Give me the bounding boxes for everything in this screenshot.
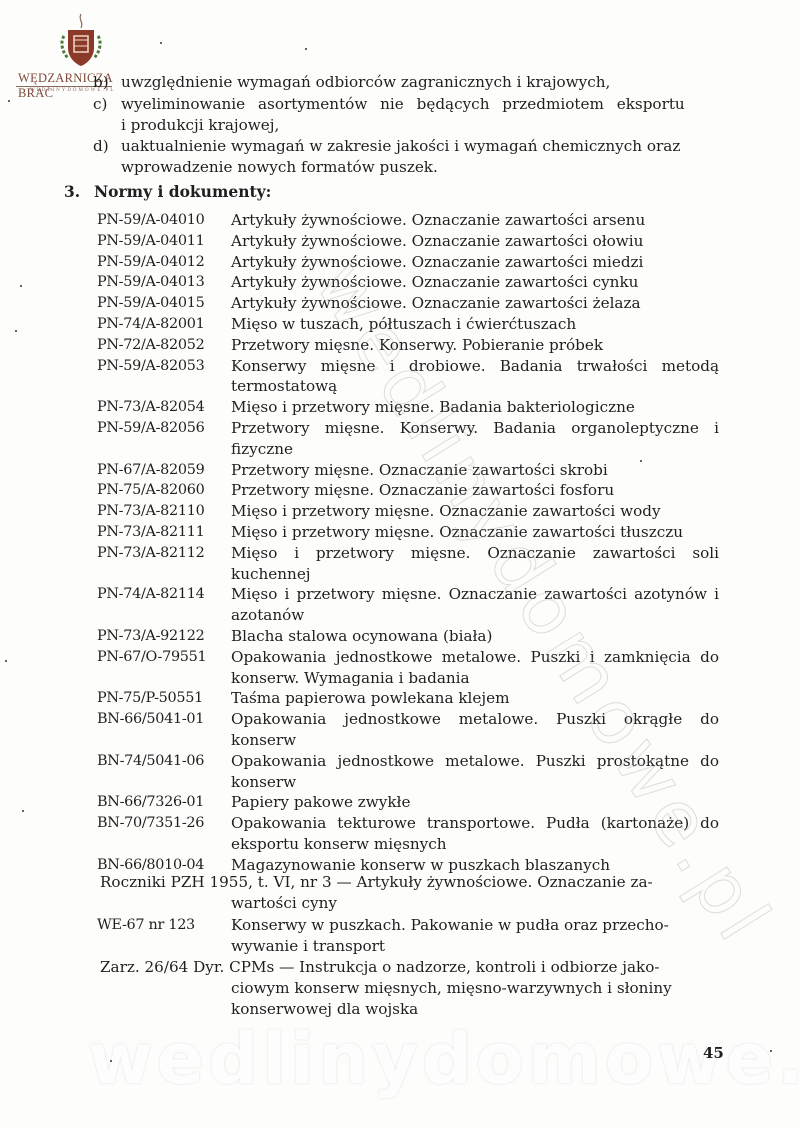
list-text-c-2: i produkcji krajowej, (121, 115, 279, 135)
list-text-d-2: wprowadzenie nowych formatów puszek. (121, 157, 438, 177)
norm-code: PN-59/A-04011 (97, 231, 204, 251)
norm-code: PN-59/A-82053 (97, 356, 204, 376)
norm-code: PN-75/A-82060 (97, 480, 204, 500)
norm-description: Przetwory mięsne. Konserwy. Pobieranie p… (231, 335, 719, 356)
norm-description: Artykuły żywnościowe. Oznaczanie zawarto… (231, 231, 719, 252)
list-text-c-1: wyeliminowanie asortymentów nie będących… (121, 94, 685, 114)
norm-code: PN-59/A-04012 (97, 252, 204, 272)
norm-code: PN-73/A-82111 (97, 522, 204, 542)
norm-code: PN-73/A-82112 (97, 543, 204, 563)
norm-code: PN-73/A-92122 (97, 626, 204, 646)
smokehouse-emblem-icon (56, 12, 106, 68)
special-entry-zarz-cont-1: ciowym konserw mięsnych, mięsno-warzywny… (231, 978, 719, 999)
norm-description: Opakowania jednostkowe metalowe. Puszki … (231, 647, 719, 689)
special-entry-roczniki: Roczniki PZH 1955, t. VI, nr 3 — Artykuł… (100, 872, 653, 893)
norm-code: PN-59/A-82056 (97, 418, 204, 438)
norm-description: Konserwy mięsne i drobiowe. Badania trwa… (231, 356, 719, 398)
norm-code: PN-67/A-82059 (97, 460, 204, 480)
norm-code: BN-66/5041-01 (97, 709, 204, 729)
list-text-d-1: uaktualnienie wymagań w zakresie jakości… (121, 136, 680, 156)
special-entry-we-desc-1: Konserwy w puszkach. Pakowanie w pudła o… (231, 915, 719, 936)
norm-code: BN-74/5041-06 (97, 751, 204, 771)
norm-description: Artykuły żywnościowe. Oznaczanie zawarto… (231, 252, 719, 273)
special-entry-zarz: Zarz. 26/64 Dyr. CPMs — Instrukcja o nad… (100, 957, 660, 978)
special-entry-roczniki-cont: wartości cyny (231, 893, 719, 914)
section-heading: 3.Normy i dokumenty: (64, 182, 271, 201)
norm-description: Mięso w tuszach, półtuszach i ćwierćtusz… (231, 314, 719, 335)
section-title: Normy i dokumenty: (94, 182, 271, 201)
norm-code: PN-73/A-82110 (97, 501, 204, 521)
norm-code: PN-59/A-04010 (97, 210, 204, 230)
special-entry-zarz-cont-2: konserwowej dla wojska (231, 999, 719, 1020)
bottom-watermark: wedlinydomowe.pl (88, 1018, 800, 1100)
norm-code: PN-73/A-82054 (97, 397, 204, 417)
norm-code: PN-72/A-82052 (97, 335, 204, 355)
norm-code: PN-75/P-50551 (97, 688, 203, 708)
list-label-d: d) (93, 136, 109, 156)
page-number: 45 (703, 1044, 724, 1062)
norm-code: PN-74/A-82114 (97, 584, 204, 604)
norm-code: BN-70/7351-26 (97, 813, 204, 833)
list-label-b: b) (93, 72, 109, 92)
document-page: WĘDZARNICZA BRAĆ WEDLINYDOMOWE.PL b) uwz… (0, 0, 800, 1127)
norm-code: PN-59/A-04013 (97, 272, 204, 292)
norm-description: Artykuły żywnościowe. Oznaczanie zawarto… (231, 210, 719, 231)
list-label-c: c) (93, 94, 107, 114)
norm-description: Mięso i przetwory mięsne. Oznaczanie zaw… (231, 584, 719, 626)
list-text-b: uwzględnienie wymagań odbiorców zagranic… (121, 72, 610, 92)
special-entry-we-code: WE-67 nr 123 (97, 915, 195, 935)
norm-description: Blacha stalowa ocynowana (biała) (231, 626, 719, 647)
norm-code: PN-67/O-79551 (97, 647, 206, 667)
section-number: 3. (64, 182, 94, 201)
norm-code: BN-66/7326-01 (97, 792, 204, 812)
site-logo[interactable]: WĘDZARNICZA BRAĆ WEDLINYDOMOWE.PL (16, 8, 136, 98)
special-entry-we-desc-2: wywanie i transport (231, 936, 719, 957)
norm-code: PN-74/A-82001 (97, 314, 204, 334)
norm-code: PN-59/A-04015 (97, 293, 204, 313)
